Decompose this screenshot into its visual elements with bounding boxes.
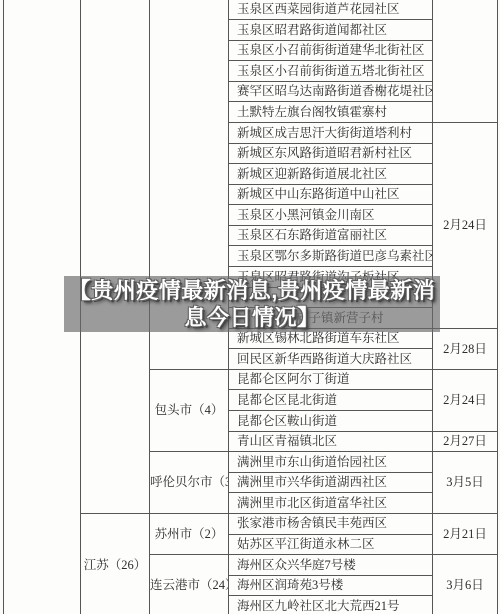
date-cell: 3月6日 <box>433 555 498 614</box>
city-cell: 包头市（4） <box>150 369 229 451</box>
date-cell: 2月24日 <box>433 122 498 328</box>
city-cell: 连云港市（24） <box>150 555 229 614</box>
banner-title-line2: 息今日情况】 <box>64 305 440 332</box>
province-cell: 江苏（26） <box>81 513 150 614</box>
area-cell: 新城区中山东路街道中山社区 <box>229 184 433 205</box>
area-cell: 玉泉区石东路街道富丽社区 <box>229 225 433 246</box>
overlay-caption-banner: 【贵州疫情最新消息,贵州疫情最新消 息今日情况】 <box>64 276 440 332</box>
area-cell: 玉泉区小召前街街道建华北街社区 <box>229 40 433 61</box>
date-cell: 2月28日 <box>433 328 498 369</box>
date-cell <box>433 0 498 122</box>
area-cell: 海州区润琦苑3号楼 <box>229 575 433 596</box>
area-cell: 满洲里市兴华街道湖西社区 <box>229 472 433 493</box>
area-cell: 玉泉区昭君路街道闻都社区 <box>229 20 433 41</box>
city-cell: 苏州市（2） <box>150 513 229 554</box>
area-cell: 满洲里市北区街道富华社区 <box>229 493 433 514</box>
area-cell: 玉泉区小召前街街道五塔北街社区 <box>229 61 433 82</box>
area-cell: 玉泉区鄂尔多斯路街道巴彦乌素社区 <box>229 246 433 267</box>
date-cell: 2月24日 <box>433 369 498 431</box>
area-cell: 回民区新华西路街道大庆路社区 <box>229 349 433 370</box>
area-cell: 张家港市杨舍镇民丰苑西区 <box>229 513 433 534</box>
area-cell: 海州区九岭社区北大荒西21号 <box>229 596 433 614</box>
date-cell: 2月21日 <box>433 513 498 554</box>
area-cell: 玉泉区小黑河镇金川南区 <box>229 205 433 226</box>
area-cell: 新城区东风路街道昭君新村社区 <box>229 143 433 164</box>
area-cell: 海州区众兴华庭7号楼 <box>229 555 433 576</box>
area-cell: 昆都仑区鞍山街道 <box>229 411 433 432</box>
area-cell: 新城区迎新路街道展北社区 <box>229 164 433 185</box>
table-row: 玉泉区西菜园街道芦花园社区 <box>4 0 498 20</box>
area-cell: 青山区青福镇北区 <box>229 431 433 452</box>
banner-title-line1: 【贵州疫情最新消息,贵州疫情最新消 <box>64 278 440 305</box>
area-cell: 满洲里市东山街道怡园社区 <box>229 452 433 473</box>
area-cell: 姑苏区平江街道永林二区 <box>229 534 433 555</box>
area-cell: 昆都仑区昆北街道 <box>229 390 433 411</box>
city-cell: 呼伦贝尔市（3） <box>150 452 229 514</box>
document-page: 玉泉区西菜园街道芦花园社区 玉泉区昭君路街道闻都社区 玉泉区小召前街街道建华北街… <box>0 0 500 614</box>
area-cell: 玉泉区西菜园街道芦花园社区 <box>229 0 433 20</box>
area-cell: 新城区成吉思汗大街街道塔利村 <box>229 122 433 143</box>
province-cell <box>81 0 150 513</box>
area-cell: 昆都仑区阿尔丁街道 <box>229 369 433 390</box>
area-cell: 赛罕区昭乌达南路街道香榭花堤社区 <box>229 81 433 102</box>
date-cell: 3月5日 <box>433 452 498 514</box>
area-cell: 土默特左旗台阁牧镇霍寨村 <box>229 102 433 123</box>
date-cell: 2月27日 <box>433 431 498 452</box>
